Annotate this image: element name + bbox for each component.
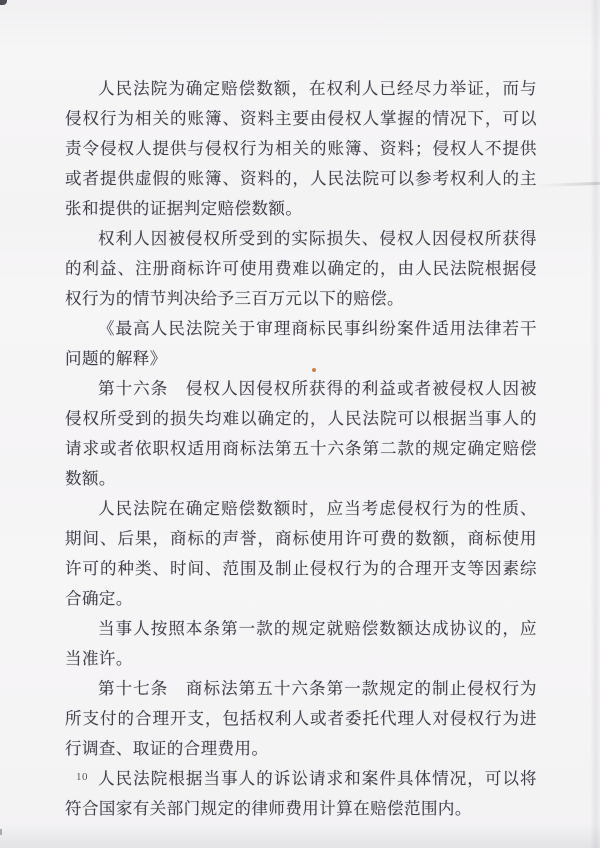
paragraph-article-17: 第十七条 商标法第五十六条第一款规定的制止侵权行为所支付的合理开支，包括权利人或… <box>65 674 537 764</box>
document-text-block: 人民法院为确定赔偿数额，在权利人已经尽力举证，而与侵权行为相关的账簿、资料主要由… <box>65 74 537 824</box>
scan-edge-shadow-right <box>590 0 600 848</box>
paragraph-article-16: 第十六条 侵权人因侵权所获得的利益或者被侵权人因被侵权所受到的损失均难以确定的，… <box>65 374 537 494</box>
paragraph-article-16-agreement: 当事人按照本条第一款的规定就赔偿数额达成协议的，应当准许。 <box>65 614 537 674</box>
paragraph-article-17-lawyer-fees: 人民法院根据当事人的诉讼请求和案件具体情况，可以将符合国家有关部门规定的律师费用… <box>65 764 537 824</box>
scanned-document-page: 人民法院为确定赔偿数额，在权利人已经尽力举证，而与侵权行为相关的账簿、资料主要由… <box>0 0 600 848</box>
scan-edge-shadow-bottom <box>0 824 600 848</box>
scan-artifact-speck <box>312 368 316 372</box>
paragraph-court-determination-evidence: 人民法院为确定赔偿数额，在权利人已经尽力举证，而与侵权行为相关的账簿、资料主要由… <box>65 74 537 224</box>
paragraph-statutory-compensation-limit: 权利人因被侵权所受到的实际损失、侵权人因侵权所获得的利益、注册商标许可使用费难以… <box>65 224 537 314</box>
scan-artifact-edge-speck <box>0 829 2 835</box>
scan-artifact-crease <box>536 182 600 187</box>
scan-artifact-corner-mark <box>0 0 7 5</box>
paragraph-article-16-factors: 人民法院在确定赔偿数额时，应当考虑侵权行为的性质、期间、后果，商标的声誉，商标使… <box>65 494 537 614</box>
page-number: 10 <box>76 770 88 784</box>
paragraph-judicial-interpretation-title: 《最高人民法院关于审理商标民事纠纷案件适用法律若干问题的解释》 <box>65 314 537 374</box>
